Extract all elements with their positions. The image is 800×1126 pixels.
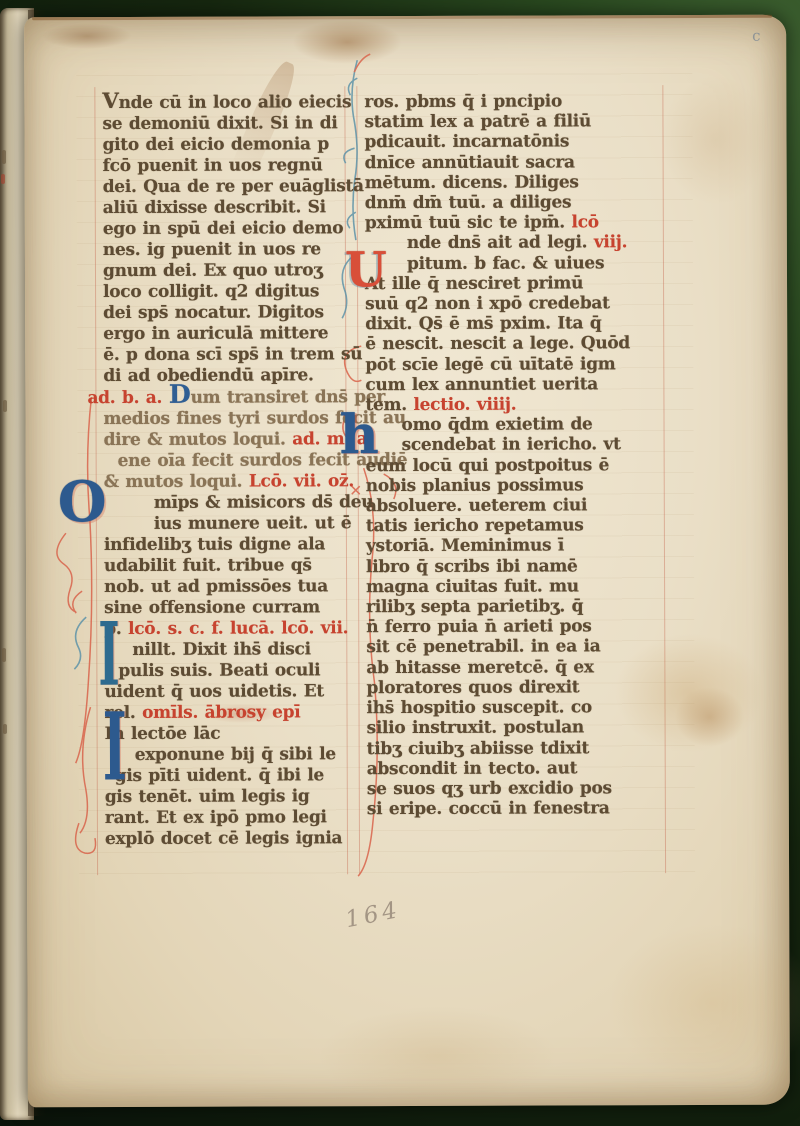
rubric-text: ad. m. a. — [292, 429, 373, 449]
text-line: gis tenēt. uim legis ig — [105, 786, 409, 808]
text-line: pōt scīe legē cū uītatē igm — [365, 354, 630, 375]
body-text: medios fines tyri surdos fecit au — [103, 408, 405, 429]
photo-of-manuscript: { "meta": { "folio_number": "164", "corn… — [0, 0, 800, 1126]
body-text: di ad obediendū apīre. — [103, 365, 313, 386]
text-line: sit cē penetrabil. in ea ia — [366, 637, 631, 658]
body-text: gis pīti uident. q̄ ibi le — [115, 765, 324, 786]
text-line: ab hitasse meretcē. q̄ ex — [366, 657, 631, 678]
body-text: mīps & misicors ds̄ deu — [154, 492, 374, 513]
text-line: gis pīti uident. q̄ ibi le — [105, 765, 409, 787]
body-text: rant. Et ex ipō pmo legi — [105, 807, 327, 828]
text-line: ad. b. a. Dum transiret dns̄ per — [103, 386, 407, 409]
text-line: At ille q̄ nesciret primū — [365, 273, 630, 294]
text-line: cum lex annuntiet uerita — [365, 374, 630, 395]
body-text: pulis suis. Beati oculi — [118, 660, 320, 681]
body-text: cum lex annuntiet uerita — [365, 374, 598, 395]
folio-number: 164 — [343, 897, 403, 933]
body-text: pximū tuū sic te ipm̄. — [365, 213, 572, 234]
text-line: suū q2 non i xpō credebat — [365, 293, 630, 314]
body-text: um transiret dns̄ per — [191, 387, 385, 408]
text-line: rel. omīls. ābrosy epī — [104, 702, 408, 724]
text-line: eum locū qui postpoitus ē — [366, 455, 631, 476]
body-text: tibʒ ciuibʒ abiisse tdixit — [367, 738, 589, 759]
corner-mark: c — [752, 27, 760, 45]
text-line: sine offensione curram — [104, 597, 408, 619]
stain — [318, 1005, 558, 1106]
text-line: absoluere. ueterem ciui — [366, 495, 631, 516]
body-text: dei sps̄ nocatur. Digitos — [103, 302, 324, 323]
body-text: ergo in auriculā mittere — [103, 323, 328, 344]
text-line: pitum. b fac. & uiues — [365, 253, 630, 274]
text-line: nillt. Dixit ihs̄ disci — [104, 639, 408, 661]
text-line: fcō puenit in uos regnū — [103, 155, 407, 177]
text-line: dixit. Qs̄ ē ms̄ pxim. Ita q̄ — [365, 313, 630, 334]
body-text: ē. p dona scī sps̄ in trem sū — [103, 344, 362, 365]
text-line: si eripe. coccū in fenestra — [367, 798, 632, 819]
text-line: medios fines tyri surdos fecit au — [103, 408, 407, 430]
text-line: udabilit fuit. tribue qs̄ — [104, 555, 408, 577]
manuscript-page: Vnde cū in loco alio eiecisse demoniū di… — [24, 15, 790, 1108]
text-line: se suos qʒ urb excidio pos — [367, 778, 632, 799]
body-text: ystoriā. Meminimus ī — [366, 536, 564, 557]
body-text: ros. pbms q̄ i pncipio — [364, 91, 562, 112]
text-line: tatis iericho repetamus — [366, 515, 631, 536]
text-line: dnīce annūtiauit sacra — [365, 152, 630, 173]
text-line: ploratores quos direxit — [366, 677, 631, 698]
text-line: abscondit in tecto. aut — [367, 758, 632, 779]
body-text: scendebat in iericho. vt — [402, 435, 621, 456]
text-line: Vnde cū in loco alio eiecis — [102, 92, 406, 114]
rubric-text: Lcō. vii. oz̄. — [249, 471, 354, 491]
text-line: pximū tuū sic te ipm̄. lcō — [365, 212, 630, 233]
rubric-text: viij. — [594, 233, 627, 253]
body-text: dnīce annūtiauit sacra — [365, 152, 575, 173]
gutter-text-fragment — [3, 724, 7, 734]
stain — [607, 923, 800, 1084]
text-line: ihs̄ hospitio suscepit. co — [366, 697, 631, 718]
text-line: dei sps̄ nocatur. Digitos — [103, 302, 407, 324]
rubric-text: omīls. ābrosy epī — [142, 702, 300, 723]
rubric-text: lcō — [571, 213, 598, 233]
text-line: nes. ig puenit in uos re — [103, 239, 407, 261]
gutter-text-fragment — [2, 150, 6, 164]
body-text: silio instruxit. postulan — [367, 718, 584, 739]
body-text: At ille q̄ nesciret primū — [365, 273, 583, 294]
body-text: V — [102, 89, 118, 114]
gutter-text-fragment — [3, 400, 7, 412]
body-text: dei. Qua de re per euāglistā — [103, 176, 364, 197]
text-line: statim lex a patrē a filiū — [364, 111, 629, 132]
body-text: gito dei eicio demonia p — [103, 134, 329, 155]
body-text: gis tenēt. uim legis ig — [105, 786, 310, 807]
body-text: nde cū in loco alio eiecis — [119, 92, 352, 113]
text-line: ego in spū dei eicio demo — [103, 218, 407, 240]
text-line: magna ciuitas fuit. mu — [366, 576, 631, 597]
body-text: & mutos loqui. — [104, 472, 249, 493]
gutter-text-fragment — [2, 648, 6, 662]
text-line: omo q̄dm exietim de — [365, 414, 630, 435]
body-text: sine offensione curram — [104, 597, 320, 618]
body-text: nillt. Dixit ihs̄ disci — [132, 639, 310, 660]
text-line: ē. p dona scī sps̄ in trem sū — [103, 344, 407, 366]
text-line: nob. ut ad pmissōes tua — [104, 576, 408, 598]
text-line: gito dei eicio demonia p — [103, 134, 407, 156]
body-text: libro q̄ scribs ibi namē — [366, 556, 578, 577]
body-text: tem. — [365, 395, 413, 415]
body-text: rilibʒ septa parietibʒ. q̄ — [366, 596, 583, 617]
text-line: silio instruxit. postulan — [367, 718, 632, 739]
text-line: ius munere ueit. ut ē — [104, 513, 408, 535]
body-text: explō docet cē legis ignia — [105, 828, 342, 849]
text-line: exponune bij q̄ sibi le — [105, 744, 409, 766]
body-text: dnm̄ dm̄ tuū. a diliges — [365, 192, 572, 213]
body-text: nobis planius possimus — [366, 475, 584, 496]
text-line: rilibʒ septa parietibʒ. q̄ — [366, 596, 631, 617]
text-line: aliū dixisse describit. Si — [103, 197, 407, 219]
body-text: p. — [104, 619, 128, 639]
text-line: p. lcō. s. c. f. lucā. lcō. vii. — [104, 618, 408, 640]
body-text: nde dns̄ ait ad legi. — [407, 233, 594, 254]
body-text: aliū dixisse describit. Si — [103, 197, 326, 218]
text-line: & mutos loqui. Lcō. vii. oz̄. — [104, 471, 408, 493]
body-text: loco colligit. q2 digitus — [103, 281, 319, 302]
text-line: n̄ ferro puia n̄ arieti pos — [366, 616, 631, 637]
body-text: ploratores quos direxit — [366, 677, 579, 698]
body-text: gnum dei. Ex quo utroʒ — [103, 260, 323, 281]
body-text: statim lex a patrē a filiū — [364, 112, 591, 133]
body-text: In lectōe lāc — [105, 724, 221, 744]
text-column-right: ros. pbms q̄ i pncipiostatim lex a patrē… — [364, 91, 631, 819]
body-text: ego in spū dei eicio demo — [103, 218, 343, 239]
text-line: tibʒ ciuibʒ abiisse tdixit — [367, 738, 632, 759]
text-line: nde dns̄ ait ad legi. viij. — [365, 233, 630, 254]
text-line: ergo in auriculā mittere — [103, 323, 407, 345]
text-line: mīps & misicors ds̄ deu — [104, 492, 408, 514]
text-line: nobis planius possimus — [366, 475, 631, 496]
page-top-edge — [32, 15, 772, 21]
body-text: ius munere ueit. ut ē — [154, 513, 352, 534]
body-text: se suos qʒ urb excidio pos — [367, 778, 612, 799]
text-line: loco colligit. q2 digitus — [103, 281, 407, 303]
body-text: abscondit in tecto. aut — [367, 758, 578, 779]
body-text: dixit. Qs̄ ē ms̄ pxim. Ita q̄ — [365, 314, 601, 335]
body-text: suū q2 non i xpō credebat — [365, 293, 610, 314]
text-line: dire & mutos loqui. ad. m. a. — [104, 429, 408, 451]
text-line: dei. Qua de re per euāglistā — [103, 176, 407, 198]
text-line: In lectōe lāc — [105, 723, 409, 745]
body-text: infidelibʒ tuis digne ala — [104, 534, 325, 555]
text-line: ystoriā. Meminimus ī — [366, 536, 631, 557]
text-line: scendebat in iericho. vt — [366, 435, 631, 456]
text-line: dnm̄ dm̄ tuū. a diliges — [365, 192, 630, 213]
body-text: se demoniū dixit. Si in di — [102, 113, 337, 134]
body-text: udabilit fuit. tribue qs̄ — [104, 555, 312, 576]
body-text: pdicauit. incarnatōnis — [365, 132, 570, 153]
text-line: ros. pbms q̄ i pncipio — [364, 91, 629, 112]
body-text: exponune bij q̄ sibi le — [135, 744, 336, 765]
text-line: tem. lectio. viiij. — [365, 394, 630, 415]
text-line: mētum. dicens. Diliges — [365, 172, 630, 193]
text-line: uident q̄ uos uidetis. Et — [104, 681, 408, 703]
text-line: se demoniū dixit. Si in di — [102, 113, 406, 135]
body-text: mētum. dicens. Diliges — [365, 172, 579, 193]
text-line: pdicauit. incarnatōnis — [365, 132, 630, 153]
body-text: omo q̄dm exietim de — [401, 415, 592, 436]
text-line: ene oīa fecit surdos fecit audiē — [104, 450, 408, 472]
text-line: gnum dei. Ex quo utroʒ — [103, 260, 407, 282]
text-line: libro q̄ scribs ibi namē — [366, 556, 631, 577]
body-text: ē nescit. nescit a lege. Quōd — [365, 334, 630, 355]
body-text: uident q̄ uos uidetis. Et — [104, 681, 324, 702]
rubric-text: lectio. viiij. — [413, 395, 516, 415]
rubric-text: ad. b. a. — [87, 388, 168, 408]
body-text: n̄ ferro puia n̄ arieti pos — [366, 617, 591, 638]
text-line: di ad obediendū apīre. — [103, 365, 407, 387]
body-text: ene oīa fecit surdos fecit audiē — [118, 450, 408, 471]
body-text: absoluere. ueterem ciui — [366, 495, 587, 516]
body-text: pōt scīe legē cū uītatē igm — [365, 354, 615, 375]
body-text: tatis iericho repetamus — [366, 516, 584, 537]
text-line: ē nescit. nescit a lege. Quōd — [365, 334, 630, 355]
text-line: rant. Et ex ipō pmo legi — [105, 807, 409, 829]
text-line: infidelibʒ tuis digne ala — [104, 534, 408, 556]
body-text: fcō puenit in uos regnū — [103, 155, 323, 176]
gutter-text-fragment — [1, 174, 5, 184]
body-text: D — [169, 380, 191, 410]
text-line: pulis suis. Beati oculi — [104, 660, 408, 682]
body-text: pitum. b fac. & uiues — [407, 253, 604, 274]
text-column-left: Vnde cū in loco alio eiecisse demoniū di… — [102, 92, 408, 850]
body-text: nes. ig puenit in uos re — [103, 239, 321, 260]
body-text: ab hitasse meretcē. q̄ ex — [366, 657, 593, 678]
body-text: magna ciuitas fuit. mu — [366, 576, 579, 597]
body-text: si eripe. coccū in fenestra — [367, 798, 610, 819]
body-text: rel. — [104, 703, 142, 723]
body-text: dire & mutos loqui. — [104, 429, 293, 450]
body-text: eum locū qui postpoitus ē — [366, 455, 610, 476]
body-text: sit cē penetrabil. in ea ia — [366, 637, 600, 658]
rubric-text: lcō. s. c. f. lucā. lcō. vii. — [128, 618, 348, 639]
stain — [292, 20, 402, 64]
stain — [42, 23, 132, 49]
body-text: nob. ut ad pmissōes tua — [104, 576, 328, 597]
text-line: explō docet cē legis ignia — [105, 828, 409, 850]
body-text: ihs̄ hospitio suscepit. co — [366, 697, 591, 718]
